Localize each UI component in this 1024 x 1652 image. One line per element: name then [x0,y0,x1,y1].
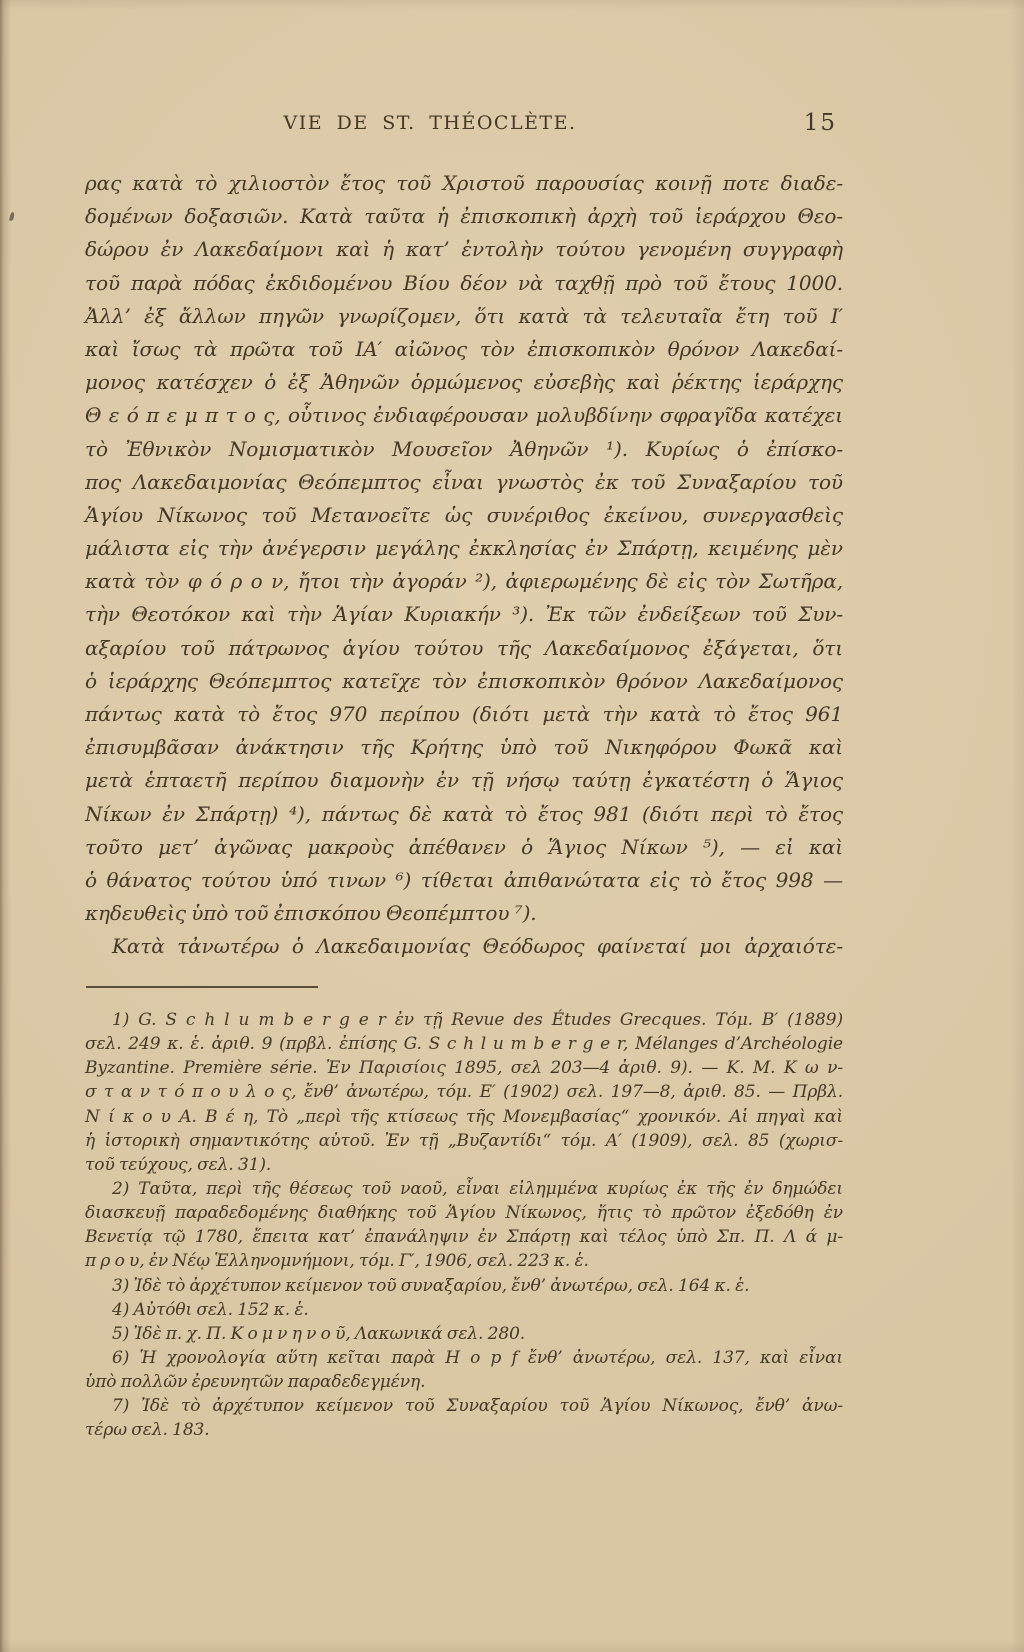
footnote-line: 6) Ἡ χρονολογία αὕτη κεῖται παρὰ H o p f… [85,1346,843,1370]
body-line: ἐπισυμβᾶσαν ἀνάκτησιν τῆς Κρήτης ὑπὸ τοῦ… [85,731,843,764]
body-line: τὸ Ἐθνικὸν Νομισματικὸν Μουσεῖον Ἀθηνῶν … [85,433,843,466]
body-line: ὁ θάνατος τούτου ὑπό τινων ⁶) τίθεται ἀπ… [85,864,843,897]
page-number: 15 [804,110,837,136]
footnote-line: 1) G. S c h l u m b e r g e r ἐν τῇ Revu… [85,1008,843,1032]
body-line: ρας κατὰ τὸ χιλιοστὸν ἔτος τοῦ Χριστοῦ π… [85,167,843,200]
body-line: Κατὰ τἀνωτέρω ὁ Λακεδαιμονίας Θεόδωρος φ… [85,930,843,963]
footnote-line: ὑπὸ πολλῶν ἐρευνητῶν παραδεδεγμένη. [85,1370,843,1394]
body-line: μονος κατέσχεν ὁ ἐξ Ἀθηνῶν ὁρμώμενος εὐσ… [85,366,843,399]
footnote-separator-rule [86,986,318,988]
body-line: μάλιστα εἰς τὴν ἀνέγερσιν μεγάλης ἐκκλησ… [85,532,843,565]
body-line: πάντως κατὰ τὸ ἔτος 970 περίπου (διότι μ… [85,698,843,731]
body-line: Ἀλλ’ ἐξ ἄλλων πηγῶν γνωρίζομεν, ὅτι κατὰ… [85,300,843,333]
body-line: αξαρίου τοῦ πάτρωνος ἁγίου τούτου τῆς Λα… [85,632,843,665]
footnote-line: π ρ ο υ, ἐν Νέῳ Ἑλληνομνήμονι, τόμ. Γ′, … [85,1249,843,1273]
footnote-line: 5) Ἰδὲ π. χ. Π. Κ ο μ ν η ν ο ῦ, Λακωνικ… [85,1322,843,1346]
body-line: Ἁγίου Νίκωνος τοῦ Μετανοεῖτε ὡς συνέριθο… [85,499,843,532]
body-line: μετὰ ἑπταετῆ περίπου διαμονὴν ἐν τῇ νήσῳ… [85,764,843,797]
footnote-line: τοῦ τεύχους, σελ. 31). [85,1153,843,1177]
footnote-line: Ν ί κ ο υ Α. Β έ η, Τὸ „περὶ τῆς κτίσεως… [85,1105,843,1129]
body-line: πος Λακεδαιμονίας Θεόπεμπτος εἶναι γνωστ… [85,466,843,499]
body-line: τοῦτο μετ’ ἀγῶνας μακροὺς ἀπέθανεν ὁ Ἅγι… [85,831,843,864]
body-line: δώρου ἐν Λακεδαίμονι καὶ ἡ κατ’ ἐντολὴν … [85,233,843,266]
footnote-line: 2) Ταῦτα, περὶ τῆς θέσεως τοῦ ναοῦ, εἶνα… [85,1177,843,1201]
body-line: κατὰ τὸν φ ό ρ ο ν, ἤτοι τὴν ἀγοράν ²), … [85,565,843,598]
body-line: δομένων δοξασιῶν. Κατὰ ταῦτα ἡ ἐπισκοπικ… [85,200,843,233]
footnote-line: 3) Ἰδὲ τὸ ἀρχέτυπον κείμενον τοῦ συναξαρ… [85,1274,843,1298]
body-line: κηδευθεὶς ὑπὸ τοῦ ἐπισκόπου Θεοπέμπτου ⁷… [85,897,843,930]
footnote-line: τέρω σελ. 183. [85,1418,843,1442]
footnote-line: 7) Ἰδὲ τὸ ἀρχέτυπον κείμενον τοῦ Συναξαρ… [85,1394,843,1418]
scan-speck [9,212,15,222]
body-line: Θ ε ό π ε μ π τ ο ς, οὗτινος ἐνδιαφέρουσ… [85,399,843,432]
footnotes: 1) G. S c h l u m b e r g e r ἐν τῇ Revu… [85,1008,843,1443]
footnote-line: Βενετίᾳ τῷ 1780, ἔπειτα κατ’ ἐπανάληψιν … [85,1225,843,1249]
footnote-line: σελ. 249 κ. ἑ. ἀριθ. 9 (πρβλ. ἐπίσης G. … [85,1032,843,1056]
footnote-line: 4) Αὐτόθι σελ. 152 κ. ἑ. [85,1298,843,1322]
body-line: ὁ ἱεράρχης Θεόπεμπτος κατεῖχε τὸν ἐπισκο… [85,665,843,698]
body-text: ρας κατὰ τὸ χιλιοστὸν ἔτος τοῦ Χριστοῦ π… [85,167,843,964]
footnote-line: ἡ ἱστορικὴ σημαντικότης αὐτοῦ. Ἐν τῇ „Βυ… [85,1129,843,1153]
scanned-book-page: VIE DE ST. THÉOCLÈTE. 15 ρας κατὰ τὸ χιλ… [0,0,1024,1652]
page-title: VIE DE ST. THÉOCLÈTE. [51,112,809,134]
footnote-line: διασκευῇ παραδεδομένης διαθήκης τοῦ Ἁγίο… [85,1201,843,1225]
body-line: τοῦ παρὰ πόδας ἐκδιδομένου Βίου δέον νὰ … [85,267,843,300]
body-line: τὴν Θεοτόκον καὶ τὴν Ἁγίαν Κυριακήν ³). … [85,598,843,631]
body-line: καὶ ἴσως τὰ πρῶτα τοῦ ΙΑ′ αἰῶνος τὸν ἐπι… [85,333,843,366]
footnote-line: σ τ α ν τ ό π ο υ λ ο ς, ἔνθ’ ἀνωτέρω, τ… [85,1080,843,1104]
running-header: VIE DE ST. THÉOCLÈTE. 15 [85,112,843,140]
footnote-line: Byzantine. Première série. Ἐν Παρισίοις … [85,1056,843,1080]
body-line: Νίκων ἐν Σπάρτῃ) ⁴), πάντως δὲ κατὰ τὸ ἔ… [85,798,843,831]
